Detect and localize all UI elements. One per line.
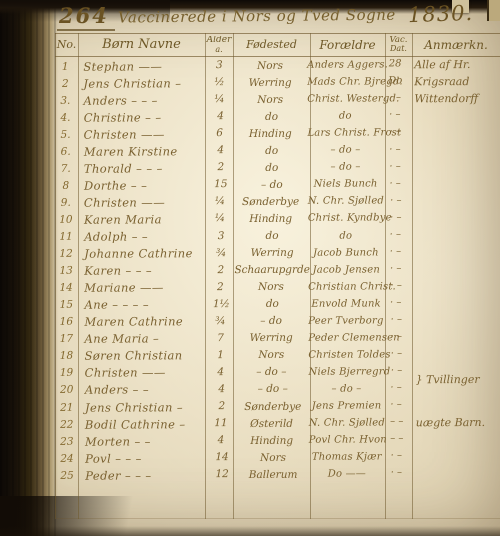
birthplace: do: [234, 162, 309, 174]
birthplace: Sønderbye: [233, 196, 307, 208]
child-name: Johanne Cathrine: [77, 246, 207, 261]
child-name: Morten – –: [78, 434, 208, 449]
parent-name: do: [309, 111, 382, 122]
table-row: 2 Jens Christian – ½ Werring Mads Chr. B…: [54, 73, 499, 92]
parent-name: Lars Christ. Frost: [307, 128, 382, 139]
child-age: 3: [207, 232, 234, 241]
child-name: Jens Christian –: [76, 76, 206, 91]
table-body: 1 Stephan —— 3 Nors Anders Aggers. 28 Al…: [0, 0, 500, 536]
vaccination-date: · –: [383, 316, 409, 325]
child-name: Christen ——: [77, 127, 207, 142]
table-row: 22 Bodil Cathrine – 11 Østerild N. Chr. …: [56, 414, 500, 433]
vaccination-date: · –: [383, 384, 409, 393]
child-age: 3: [206, 61, 233, 70]
table-row: 21 Jens Christian – 2 Sønderbye Jens Pre…: [56, 397, 500, 416]
vaccination-date: · –: [382, 146, 408, 155]
parent-name: Do ——: [310, 469, 383, 480]
child-name: Ane – – – –: [77, 297, 207, 312]
vaccination-date: · –: [383, 214, 409, 223]
remark-note: Krigsraad: [408, 75, 499, 88]
child-name: Jens Christian –: [78, 400, 208, 415]
birthplace: Werring: [235, 247, 310, 259]
child-name: Karen – – –: [77, 263, 207, 278]
parent-name: Christ. Westergd.: [307, 94, 382, 105]
child-name: Thorald – – –: [77, 161, 207, 176]
parent-name: Thomas Kjær: [310, 452, 383, 463]
child-age: ¼: [206, 95, 233, 104]
table-row: 17 Ane Maria – 7 Werring Peder Clemensen…: [55, 329, 500, 348]
table-row: 23 Morten – – 4 Hinding Povl Chr. Hvon –…: [56, 431, 500, 450]
birthplace: Ballerum: [236, 468, 311, 480]
vaccination-date: – –: [384, 419, 410, 428]
remark-note: uægte Barn.: [410, 416, 500, 429]
parent-name: Christ. Kyndbye: [308, 213, 383, 224]
table-row: 19 Christen —— 4 – do – Niels Bjerregrd …: [55, 363, 500, 382]
child-age: 4: [207, 146, 234, 155]
row-number: 22: [56, 418, 78, 430]
child-age: 2: [207, 283, 234, 292]
vaccination-date: · –: [383, 453, 409, 462]
row-number: 11: [55, 231, 77, 243]
scanned-register-page: 264 Vaccinerede i Nors og Tved Sogne 183…: [0, 0, 500, 536]
child-age: 11: [207, 419, 234, 428]
child-age: ½: [206, 78, 233, 87]
child-name: Karen Maria: [77, 212, 207, 227]
remark-note: Wittendorff: [408, 92, 499, 105]
child-name: Anders – –: [78, 383, 208, 398]
remark-note: Alle af Hr.: [408, 58, 499, 71]
vaccination-date: – –: [384, 436, 410, 445]
row-number: 8: [55, 180, 77, 192]
birthplace: Sønderbye: [235, 400, 310, 412]
vaccination-date: · –: [383, 350, 409, 359]
table-row: 11 Adolph – – 3 do do · –: [55, 226, 500, 245]
child-age: 2: [208, 402, 235, 411]
vaccination-date: · –: [382, 129, 408, 138]
vaccination-date: · –: [383, 265, 409, 274]
vaccination-date: · –: [383, 367, 409, 376]
child-name: Peder – – –: [78, 468, 208, 483]
parent-name: Christen Toldes: [308, 349, 383, 360]
parent-name: Mads Chr. Bjregd.: [307, 76, 382, 87]
row-number: 5.: [54, 128, 76, 140]
row-number: 17: [55, 333, 77, 345]
birthplace: Nors: [234, 349, 308, 361]
parent-name: do: [309, 230, 382, 241]
vaccination-date: · –: [383, 282, 409, 291]
parent-name: – do –: [309, 162, 382, 173]
vaccination-date: 28: [382, 61, 408, 70]
row-number: 6.: [54, 146, 76, 158]
child-age: 2: [207, 266, 234, 275]
child-age: 4: [207, 112, 234, 121]
child-age: 4: [207, 436, 234, 445]
table-row: 18 Søren Christian 1 Nors Christen Tolde…: [55, 346, 500, 365]
vaccination-date: · –: [383, 299, 409, 308]
child-age: ¼: [206, 197, 233, 206]
parent-name: N. Chr. Sjølled: [309, 417, 384, 428]
row-number: 15: [55, 299, 77, 311]
parent-name: Anders Aggers.: [307, 59, 382, 70]
vaccination-date: Do: [382, 78, 408, 87]
child-name: Christen ——: [77, 195, 207, 210]
table-row: 5. Christen —— 6 Hinding Lars Christ. Fr…: [54, 124, 499, 143]
vaccination-date: · –: [382, 163, 408, 172]
child-name: Christine – –: [77, 110, 207, 125]
table-row: 16 Maren Cathrine ¾ – do Peer Tverborg ·…: [55, 312, 500, 331]
birthplace: do: [235, 298, 310, 310]
child-age: 6: [206, 129, 233, 138]
parent-name: Peer Tverborg: [308, 315, 383, 326]
table-row: 3. Anders – – – ¼ Nors Christ. Westergd.…: [54, 90, 499, 109]
birthplace: do: [234, 110, 309, 122]
child-name: Christen ——: [78, 366, 208, 381]
row-number: 3.: [54, 94, 76, 106]
birthplace: Werring: [234, 332, 308, 344]
child-name: Maren Kirstine: [77, 144, 207, 159]
birthplace: Schaarupgrde: [234, 264, 310, 276]
row-number: 21: [56, 401, 78, 413]
birthplace: Werring: [233, 76, 307, 88]
row-number: 14: [55, 282, 77, 294]
child-age: 15: [207, 180, 234, 189]
table-row: 10 Karen Maria ¼ Hinding Christ. Kyndbye…: [55, 209, 500, 228]
vaccination-date: · –: [382, 112, 408, 121]
parent-name: – do –: [310, 383, 383, 394]
child-name: Bodil Cathrine –: [78, 417, 208, 432]
vaccination-date: · –: [382, 248, 408, 257]
child-age: 2: [207, 163, 234, 172]
parent-name: – do –: [309, 145, 382, 156]
row-number: 24: [56, 452, 78, 464]
table-row: 6. Maren Kirstine 4 do – do – · –: [54, 141, 499, 160]
vaccination-date: · –: [382, 95, 408, 104]
parent-name: Niels Bunch: [309, 179, 382, 190]
birthplace: Nors: [236, 451, 311, 463]
birthplace: Hinding: [233, 127, 307, 139]
table-row: 13 Karen – – – 2 Schaarupgrde Jacob Jens…: [55, 261, 500, 280]
child-age: 1: [207, 351, 234, 360]
birthplace: Nors: [233, 93, 307, 105]
row-number: 4.: [54, 111, 76, 123]
vaccination-date: · –: [382, 231, 408, 240]
parent-name: N. Chr. Sjølled: [308, 196, 383, 207]
birthplace: – do: [234, 315, 308, 327]
child-name: Ane Maria –: [77, 331, 207, 346]
vaccination-date: · –: [383, 333, 409, 342]
table-row: 1 Stephan —— 3 Nors Anders Aggers. 28 Al…: [54, 56, 499, 75]
child-age: ¼: [206, 215, 233, 224]
parent-name: Christian Christ.: [308, 281, 383, 292]
child-age: 1½: [208, 300, 235, 309]
child-name: Povl – – –: [78, 451, 208, 466]
table-row: 9. Christen —— ¼ Sønderbye N. Chr. Sjøll…: [55, 192, 500, 211]
table-row: 24 Povl – – – 14 Nors Thomas Kjær · –: [56, 448, 500, 467]
row-number: 18: [55, 350, 77, 362]
table-row: 14 Mariane —— 2 Nors Christian Christ. ·…: [55, 278, 500, 297]
birthplace: Østerild: [234, 417, 308, 429]
child-age: ¾: [208, 249, 235, 258]
row-number: 23: [56, 435, 78, 447]
table-row: 8 Dorthe – – 15 – do Niels Bunch · –: [55, 175, 500, 194]
row-number: 7.: [55, 163, 77, 175]
row-number: 9.: [55, 197, 77, 209]
table-row: 7. Thorald – – – 2 do – do – · –: [55, 158, 500, 177]
child-age: 12: [209, 470, 236, 479]
child-age: 4: [207, 368, 234, 377]
vaccination-date: · –: [383, 197, 409, 206]
child-age: ¾: [207, 317, 234, 326]
row-number: 16: [55, 316, 77, 328]
birthplace: – do: [234, 179, 309, 191]
row-number: 13: [55, 265, 77, 277]
parent-name: Niels Bjerregrd: [308, 366, 383, 377]
row-number: 2: [54, 77, 76, 89]
vaccination-date: · –: [383, 402, 409, 411]
row-number: 20: [56, 384, 78, 396]
row-number: 25: [56, 469, 78, 481]
birthplace: Hinding: [233, 213, 307, 225]
child-name: Maren Cathrine: [77, 314, 207, 329]
table-row: 25 Peder – – – 12 Ballerum Do —— · –: [56, 465, 500, 484]
vaccination-date: · –: [383, 470, 409, 479]
parent-name: Povl Chr. Hvon: [309, 435, 384, 446]
row-number: 12: [55, 248, 77, 260]
child-age: 14: [208, 453, 235, 462]
birthplace: – do –: [234, 366, 308, 378]
child-name: Dorthe – –: [77, 178, 207, 193]
vaccination-date: · –: [382, 180, 408, 189]
parent-name: Jacob Jensen: [310, 264, 383, 275]
child-name: Søren Christian: [78, 349, 208, 364]
birthplace: Hinding: [234, 434, 308, 446]
parent-name: Jens Premien: [310, 400, 383, 411]
table-row: 12 Johanne Cathrine ¾ Werring Jacob Bunc…: [55, 243, 500, 262]
parent-name: Jacob Bunch: [309, 247, 382, 258]
birthplace: do: [234, 144, 309, 156]
child-name: Mariane ——: [77, 280, 207, 295]
child-name: Stephan ——: [76, 59, 206, 74]
table-row: 4. Christine – – 4 do do · –: [54, 107, 499, 126]
row-number: 19: [55, 367, 77, 379]
row-number: 10: [55, 214, 77, 226]
child-name: Adolph – –: [77, 229, 207, 244]
child-age: 4: [208, 385, 235, 394]
table-row: 20 Anders – – 4 – do – – do – · –: [55, 380, 500, 399]
table-row: 15 Ane – – – – 1½ do Envold Munk · –: [55, 295, 500, 314]
child-age: 7: [207, 334, 234, 343]
birthplace: do: [235, 230, 310, 242]
parent-name: Peder Clemensen: [308, 332, 383, 343]
parent-name: Envold Munk: [310, 298, 383, 309]
row-number: 1: [54, 60, 76, 72]
birthplace: Nors: [233, 59, 307, 71]
birthplace: Nors: [234, 281, 308, 293]
birthplace: – do –: [235, 383, 310, 395]
child-name: Anders – – –: [76, 93, 206, 108]
